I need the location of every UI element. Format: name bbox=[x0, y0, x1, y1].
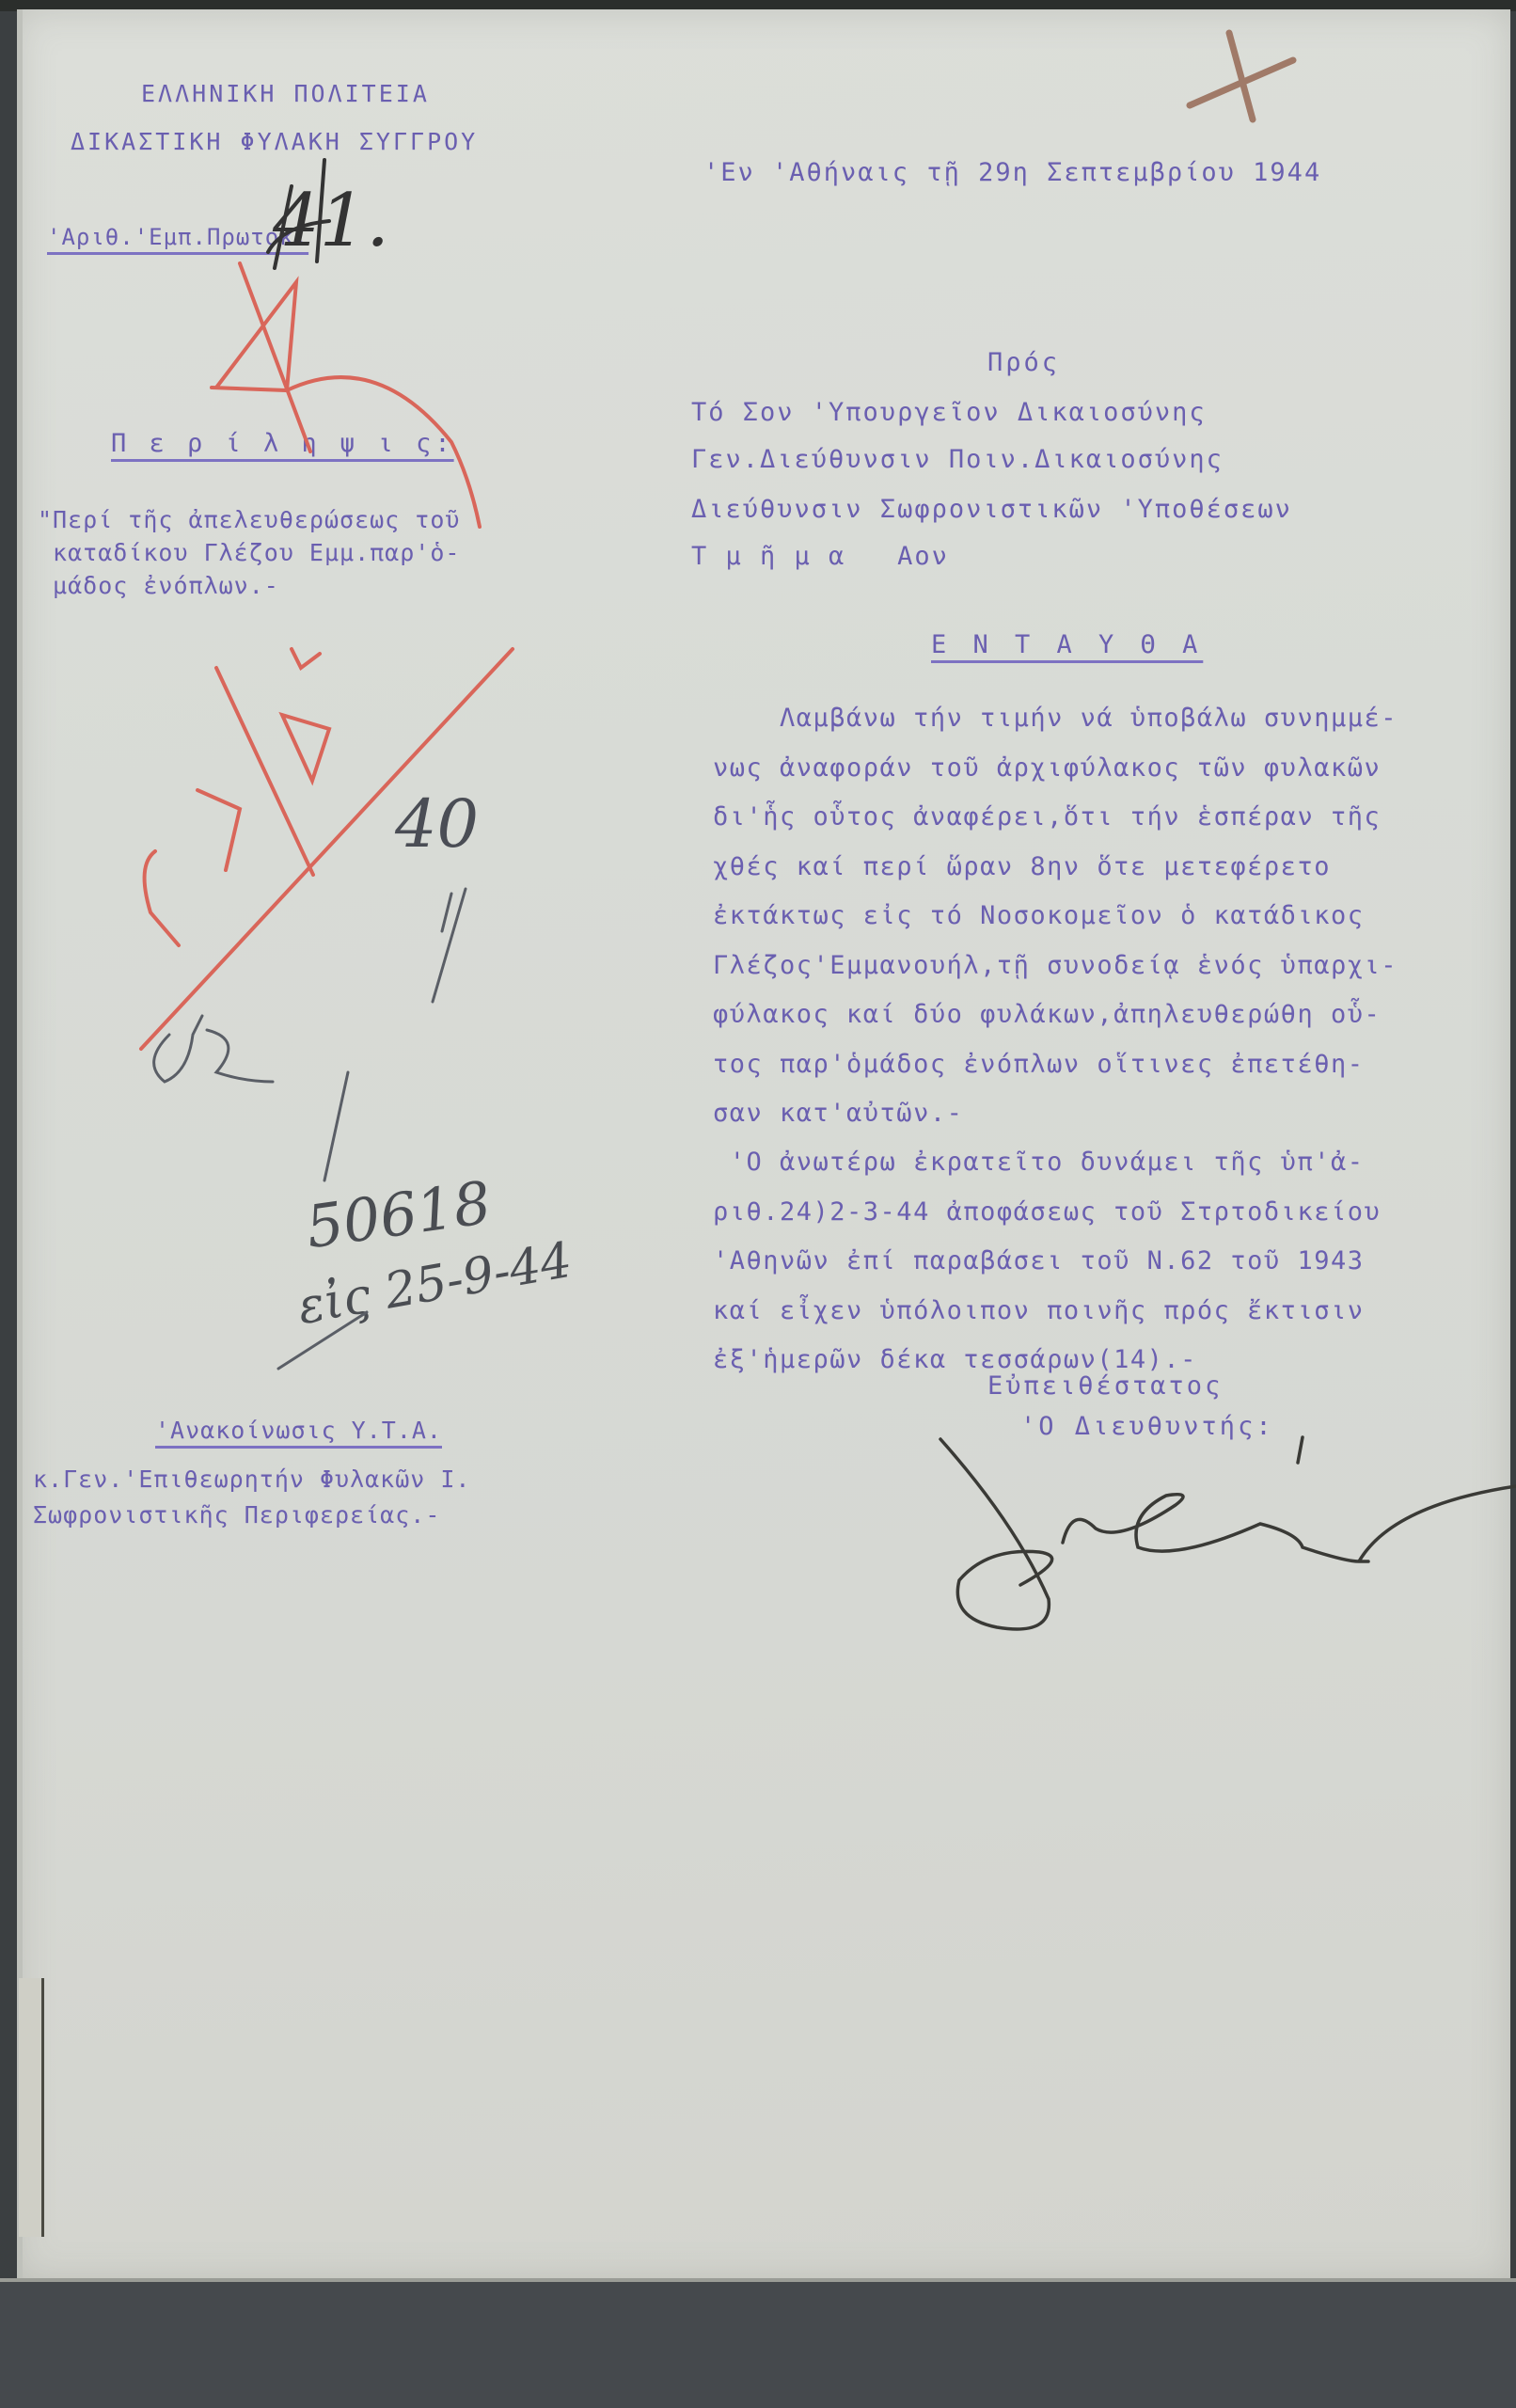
body-line: σαν κατ'αὐτῶν.- bbox=[713, 1101, 963, 1126]
torn-paper-flap bbox=[19, 1978, 44, 2237]
notification-line: Σωφρονιστικῆς Περιφερείας.- bbox=[33, 1503, 440, 1527]
recipient-line: Τ μ ῆ μ α Αον bbox=[691, 544, 949, 569]
scan-background-band bbox=[0, 2282, 1516, 2408]
date-line: 'Εν 'Αθήναις τῇ 29η Σεπτεμβρίου 1944 bbox=[703, 160, 1321, 185]
header-line-2: ΔΙΚΑΣΤΙΚΗ ΦΥΛΑΚΗ ΣΥΓΓΡΟΥ bbox=[71, 130, 478, 153]
summary-heading: Π ε ρ ί λ η ψ ι ς: bbox=[111, 431, 454, 456]
recipient-line: Γεν.Διεύθυνσιν Ποιν.Δικαιοσύνης bbox=[691, 447, 1224, 472]
recipient-line: Τό Σον 'Υπουργεῖον Δικαιοσύνης bbox=[691, 400, 1207, 425]
body-line: χθές καί περί ὥραν 8ην ὅτε μετεφέρετο bbox=[713, 854, 1331, 879]
body-line: 'Ο ἀνωτέρω ἐκρατεῖτο δυνάμει τῆς ὑπ'ἀ- bbox=[713, 1149, 1364, 1175]
recipient-line: Διεύθυνσιν Σωφρονιστικῶν 'Υποθέσεων bbox=[691, 497, 1292, 522]
summary-line: μάδος ἐνόπλων.- bbox=[38, 574, 279, 597]
notification-line: κ.Γεν.'Επιθεωρητήν Φυλακῶν Ι. bbox=[33, 1467, 471, 1491]
summary-line: "Περί τῆς ἀπελευθερώσεως τοῦ bbox=[38, 508, 460, 531]
body-line: τος παρ'ὁμάδος ἐνόπλων οἵτινες ἐπετέθη- bbox=[713, 1052, 1364, 1077]
protocol-number-handwritten: 41. bbox=[273, 179, 389, 263]
protocol-label: 'Αριθ.'Εμπ.Πρωτοκ. bbox=[47, 226, 308, 248]
body-line: ριθ.24)2-3-44 ἀποφάσεως τοῦ Στρτοδικείου bbox=[713, 1199, 1381, 1225]
location-heading: Ε Ν Τ Α Υ Θ Α bbox=[931, 632, 1203, 657]
pencil-number-40: 40 bbox=[395, 785, 479, 863]
notification-heading: 'Ανακοίνωσις Υ.Τ.Α. bbox=[155, 1418, 442, 1442]
paper-left-edge bbox=[17, 9, 23, 2281]
header-line-1: ΕΛΛΗΝΙΚΗ ΠΟΛΙΤΕΙΑ bbox=[141, 82, 430, 105]
body-line: καί εἶχεν ὑπόλοιπον ποινῆς πρός ἔκτισιν bbox=[713, 1298, 1364, 1323]
body-line: ἐξ'ἡμερῶν δέκα τεσσάρων(14).- bbox=[713, 1347, 1197, 1372]
recipient-to-label: Πρός bbox=[987, 350, 1060, 375]
body-line: νως ἀναφοράν τοῦ ἀρχιφύλακος τῶν φυλακῶν bbox=[713, 755, 1381, 781]
document-paper bbox=[17, 9, 1510, 2281]
summary-line: καταδίκου Γλέζου Εμμ.παρ'ὁ- bbox=[38, 541, 460, 564]
body-line: Λαμβάνω τήν τιμήν νά ὑποβάλω συνημμέ- bbox=[713, 705, 1398, 731]
body-line: δι'ἧς οὗτος ἀναφέρει,ὅτι τήν ἑσπέραν τῆς bbox=[713, 804, 1381, 830]
body-line: ἐκτάκτως εἰς τό Νοσοκομεῖον ὁ κατάδικος bbox=[713, 903, 1364, 928]
closing-title: 'Ο Διευθυντής: bbox=[1020, 1414, 1274, 1439]
body-line: φύλακος καί δύο φυλάκων,ἀπηλευθερώθη οὗ- bbox=[713, 1002, 1381, 1027]
body-line: Γλέζος'Εμμανουήλ,τῇ συνοδείᾳ ἑνός ὑπαρχι… bbox=[713, 953, 1398, 978]
body-line: 'Αθηνῶν ἐπί παραβάσει τοῦ Ν.62 τοῦ 1943 bbox=[713, 1248, 1364, 1274]
closing-salutation: Εὐπειθέστατος bbox=[987, 1373, 1223, 1399]
